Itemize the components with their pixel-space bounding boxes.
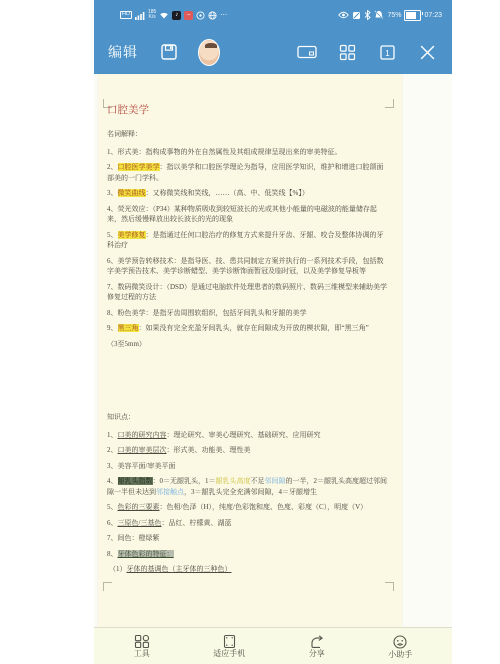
doc-text-run: 微笑曲线 (118, 189, 146, 197)
doc-text-run: 名词解释： (107, 130, 142, 138)
doc-text-run: ：0＝无龈乳头，1＝ (153, 477, 216, 485)
doc-paragraph: 8、粉色美学：是指牙齿周围软组织，包括牙间乳头和牙龈的美学 (107, 308, 390, 319)
page-count-button[interactable]: 1 (376, 41, 398, 63)
status-bar-left: HD 185K/s ♪ ‒ ⋯ (120, 10, 227, 21)
status-time: 07:23 (424, 12, 442, 19)
doc-text-run: 3、美容平面/审美平面 (107, 462, 175, 470)
douyin-icon: ♪ (172, 11, 181, 20)
doc-paragraph: （3至5mm） (107, 339, 390, 350)
doc-paragraph: 3、美容平面/审美平面 (107, 461, 390, 472)
fit-phone-icon (222, 634, 237, 649)
fit-phone-button[interactable]: 适应手机 (213, 634, 245, 658)
doc-text-run: 美学修复 (118, 231, 146, 239)
doc-text-run: 7、数码微笑设计：（DSD）是通过电脑软件处理患者的数码照片、数码三维模型来辅助… (107, 283, 387, 302)
share-button[interactable]: 分享 (309, 634, 325, 658)
battery-percent: 75% (387, 12, 401, 19)
doc-paragraph: 6、美学预告转移技术：是指导医、技、患共同制定方案并执行的一系列技术手段，包括数… (107, 256, 390, 277)
status-bar: HD 185K/s ♪ ‒ ⋯ 75% 07:23 (94, 0, 452, 30)
battery-icon (404, 10, 421, 21)
margin-mark-bottom-right (385, 582, 394, 591)
doc-text-run: 口腔医学美学 (118, 163, 160, 171)
doc-text-run: 8、粉色美学：是指牙齿周围软组织，包括牙间乳头和牙龈的美学 (107, 309, 307, 317)
doc-paragraph: 5、美学修复：是指通过任何口腔治疗的修复方式来提升牙齿、牙龈、咬合及整体协调的牙… (107, 230, 390, 251)
mute-bell-icon (374, 10, 384, 20)
doc-text-run: 色彩的三要素 (118, 503, 160, 511)
wifi-icon (159, 11, 169, 19)
doc-text-run: 邻接触点 (156, 488, 184, 496)
doc-paragraph: 4、龈乳头指数：0＝无龈乳头，1＝龈乳头高度不足邻间隙的一半，2＝龈乳头高度超过… (107, 476, 390, 497)
toolbar-right-group: 1 (296, 41, 438, 63)
document-page[interactable]: 口腔美学名词解释：1、形式美：指构成事物的外在自然属性及其组成规律呈现出来的审美… (98, 74, 402, 627)
doc-text-run: 6、 (107, 519, 118, 527)
doc-text-run: 5、 (107, 231, 118, 239)
doc-paragraph: 知识点： (107, 412, 390, 423)
doc-paragraph: 8、牙体色彩的特征： (107, 549, 390, 560)
doc-paragraph: （1）牙体的基调色（主牙体的三种色） (109, 564, 390, 575)
doc-text-run: 牙体色彩的特征： (118, 550, 174, 558)
edit-toolbar: 编辑 1 (94, 30, 452, 74)
toolbar-left-group (158, 41, 220, 63)
doc-paragraph: 5、色彩的三要素：色相/色泽（H），纯度/色彩饱和度、色度、彩度（C），明度（V… (107, 502, 390, 513)
doc-text-run: 口美的审美层次 (118, 446, 167, 454)
tools-grid-icon (134, 634, 150, 649)
doc-text-run: 2、 (107, 446, 118, 454)
network-speed: 185K/s (148, 10, 156, 21)
doc-text-run: 7、间色：橙绿紫 (107, 534, 160, 542)
screen-lock-icon (352, 11, 361, 20)
doc-text-run: 龈乳头高度 (216, 477, 251, 485)
share-label: 分享 (309, 650, 325, 658)
membership-card-button[interactable] (296, 41, 318, 63)
doc-text-run: 1、形式美：指构成事物的外在自然属性及其组成规律呈现出来的审美特征。 (107, 148, 342, 156)
fit-phone-label: 适应手机 (213, 650, 245, 658)
doc-text-run: 3、 (107, 189, 118, 197)
margin-mark-bottom-left (103, 582, 112, 591)
account-button[interactable] (198, 41, 220, 63)
card-icon (297, 44, 317, 60)
doc-paragraph: 2、口腔医学美学：指以美学和口腔医学理论为指导，应用医学知识，维护和增进口腔颌面… (107, 162, 390, 183)
phone-screen: HD 185K/s ♪ ‒ ⋯ 75% 07:23 编辑 (94, 0, 452, 664)
assistant-button[interactable]: 小助手 (388, 634, 412, 659)
doc-text-run: 黑三角 (118, 324, 139, 332)
doc-text-run: （3至5mm） (107, 340, 146, 348)
doc-text-run: 不足 (251, 477, 265, 485)
more-icons-indicator: ⋯ (220, 12, 227, 19)
document-viewport: 口腔美学名词解释：1、形式美：指构成事物的外在自然属性及其组成规律呈现出来的审美… (94, 74, 452, 627)
doc-text-run: 8、 (107, 550, 118, 558)
doc-paragraph: 7、数码微笑设计：（DSD）是通过电脑软件处理患者的数码照片、数码三维模型来辅助… (107, 282, 390, 303)
doc-text-run: 1、 (107, 431, 118, 439)
tools-label: 工具 (134, 650, 150, 658)
doc-text-run: 龈乳头指数 (118, 477, 153, 485)
document-page-content: 口腔美学名词解释：1、形式美：指构成事物的外在自然属性及其组成规律呈现出来的审美… (107, 104, 390, 580)
assistant-smiley-icon (392, 634, 408, 650)
eye-icon (338, 11, 349, 19)
globe-icon (208, 11, 217, 20)
doc-text-run: ：形式美、功能美、理性美 (167, 446, 251, 454)
doc-text-run: ：理论研究、审美心理研究、基础研究、应用研究 (167, 431, 321, 439)
doc-paragraph: 2、口美的审美层次：形式美、功能美、理性美 (107, 445, 390, 456)
doc-text-run: 口美的研究内容 (118, 431, 167, 439)
doc-text-run: ：如果没有完全充盈牙间乳头，就存在间隙成为开放的楔状隙，即“黑三角” (139, 324, 369, 332)
apps-grid-icon (339, 44, 356, 61)
doc-text-run: 9、 (107, 324, 118, 332)
doc-text-run: ：品红、柠檬黄、湖蓝 (161, 519, 231, 527)
apps-grid-button[interactable] (336, 41, 358, 63)
save-button[interactable] (158, 41, 180, 63)
edit-mode-label: 编辑 (108, 42, 138, 62)
doc-text-run: ：色相/色泽（H），纯度/色彩饱和度、色度、彩度（C），明度（V） (160, 503, 368, 511)
doc-paragraph: 名词解释： (107, 129, 390, 140)
doc-text-run: ：又称微笑线和笑线，……（高、中、低笑线【%】） (146, 189, 309, 197)
doc-paragraph: 1、口美的研究内容：理论研究、审美心理研究、基础研究、应用研究 (107, 430, 390, 441)
hd-icon: HD (120, 11, 132, 19)
assistant-label: 小助手 (388, 651, 412, 659)
doc-text-run: 口腔美学 (107, 105, 149, 116)
doc-text-run: 6、美学预告转移技术：是指导医、技、患共同制定方案并执行的一系列技术手段，包括数… (107, 257, 384, 276)
doc-text-run: 4、 (107, 477, 118, 485)
doc-text-run: 邻间隙 (265, 477, 286, 485)
doc-section-gap (107, 354, 390, 412)
doc-paragraph: 3、微笑曲线：又称微笑线和笑线，……（高、中、低笑线【%】） (107, 188, 390, 199)
red-app-icon: ‒ (184, 11, 193, 20)
doc-paragraph: 7、间色：橙绿紫 (107, 533, 390, 544)
doc-paragraph: 4、荧光效应：（P34）某种物质吸收到较短波长的光或其他小能量的电磁波的能量储存… (107, 204, 390, 225)
doc-paragraph: 9、黑三角：如果没有完全充盈牙间乳头，就存在间隙成为开放的楔状隙，即“黑三角” (107, 323, 390, 334)
doc-text-run: 4、荧光效应：（P34）某种物质吸收到较短波长的光或其他小能量的电磁波的能量储存… (107, 205, 377, 224)
tools-button[interactable]: 工具 (134, 634, 150, 658)
doc-text-run: ：是指通过任何口腔治疗的修复方式来提升牙齿、牙龈、咬合及整体协调的牙科治疗 (107, 231, 384, 250)
bottom-toolbar: 工具 适应手机 分享 小助手 (94, 627, 452, 664)
doc-title: 口腔美学 (107, 104, 390, 117)
bluetooth-icon (364, 10, 371, 20)
status-bar-right: 75% 07:23 (338, 10, 442, 21)
share-icon (309, 634, 325, 649)
doc-text-run: 2、 (107, 163, 118, 171)
user-avatar (198, 39, 220, 66)
compass-icon (196, 11, 205, 20)
signal-icon (135, 11, 145, 20)
doc-text-run: （1） (109, 565, 127, 573)
doc-text-run: 三原色/三基色 (118, 519, 162, 527)
page-number-icon: 1 (379, 44, 396, 61)
close-icon (419, 44, 436, 61)
doc-text-run: 知识点： (107, 413, 135, 421)
doc-paragraph: 6、三原色/三基色：品红、柠檬黄、湖蓝 (107, 518, 390, 529)
doc-paragraph: 1、形式美：指构成事物的外在自然属性及其组成规律呈现出来的审美特征。 (107, 147, 390, 158)
svg-text:1: 1 (385, 49, 390, 58)
doc-text-run: ，3＝龈乳头完全充满邻间隙，4＝牙龈增生 (184, 488, 317, 496)
doc-text-run: 牙体的基调色（主牙体的三种色） (127, 565, 232, 573)
doc-text-run: 5、 (107, 503, 118, 511)
close-button[interactable] (416, 41, 438, 63)
save-icon (160, 43, 178, 61)
